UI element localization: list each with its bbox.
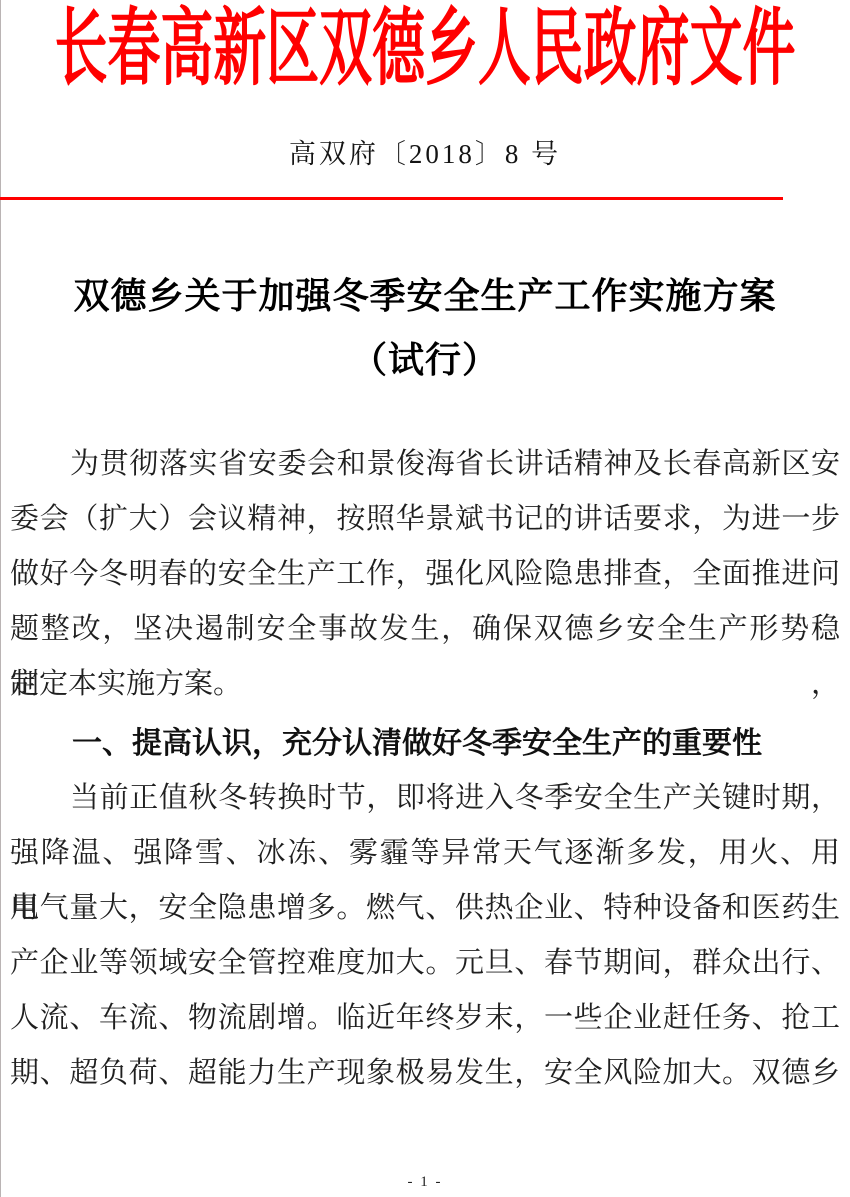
masthead: 长春高新区双德乡人民政府文件 [0, 0, 850, 100]
document-title: 双德乡关于加强冬季安全生产工作实施方案 （试行） [0, 264, 850, 392]
paragraph-line: 产企业等领域安全管控难度加大。元旦、春节期间，群众出行、 [10, 936, 840, 991]
document-title-line1: 双德乡关于加强冬季安全生产工作实施方案 [0, 264, 850, 328]
paragraph-line: 当前正值秋冬转换时节，即将进入冬季安全生产关键时期， [10, 771, 840, 826]
document-body: 为贯彻落实省安委会和景俊海省长讲话精神及长春高新区安 委会（扩大）会议精神，按照… [10, 437, 840, 1101]
document-number: 高双府〔2018〕8 号 [0, 134, 850, 174]
paragraph-line: 为贯彻落实省安委会和景俊海省长讲话精神及长春高新区安 [10, 437, 840, 492]
paragraph-line: 委会（扩大）会议精神，按照华景斌书记的讲话要求，为进一步 [10, 492, 840, 547]
document-title-line2: （试行） [0, 328, 850, 392]
paragraph-line: 题整改，坚决遏制安全事故发生，确保双德乡安全生产形势稳定， [10, 602, 840, 657]
paragraph-line: 人流、车流、物流剧增。临近年终岁末，一些企业赶任务、抢工 [10, 991, 840, 1046]
paragraph-line: 强降温、强降雪、冰冻、雾霾等异常天气逐渐多发，用火、用电、 [10, 826, 840, 881]
section-heading: 一、提高认识，充分认清做好冬季安全生产的重要性 [10, 716, 840, 771]
masthead-title: 长春高新区双德乡人民政府文件 [55, 0, 796, 100]
red-separator-rule [0, 197, 783, 200]
paragraph-line: 用气量大，安全隐患增多。燃气、供热企业、特种设备和医药生 [10, 881, 840, 936]
paragraph-line: 做好今冬明春的安全生产工作，强化风险隐患排查，全面推进问 [10, 547, 840, 602]
document-page: 长春高新区双德乡人民政府文件 高双府〔2018〕8 号 双德乡关于加强冬季安全生… [0, 0, 850, 1197]
page-number: - 1 - [0, 1172, 850, 1192]
paragraph-line: 期、超负荷、超能力生产现象极易发生，安全风险加大。双德乡 [10, 1046, 840, 1101]
